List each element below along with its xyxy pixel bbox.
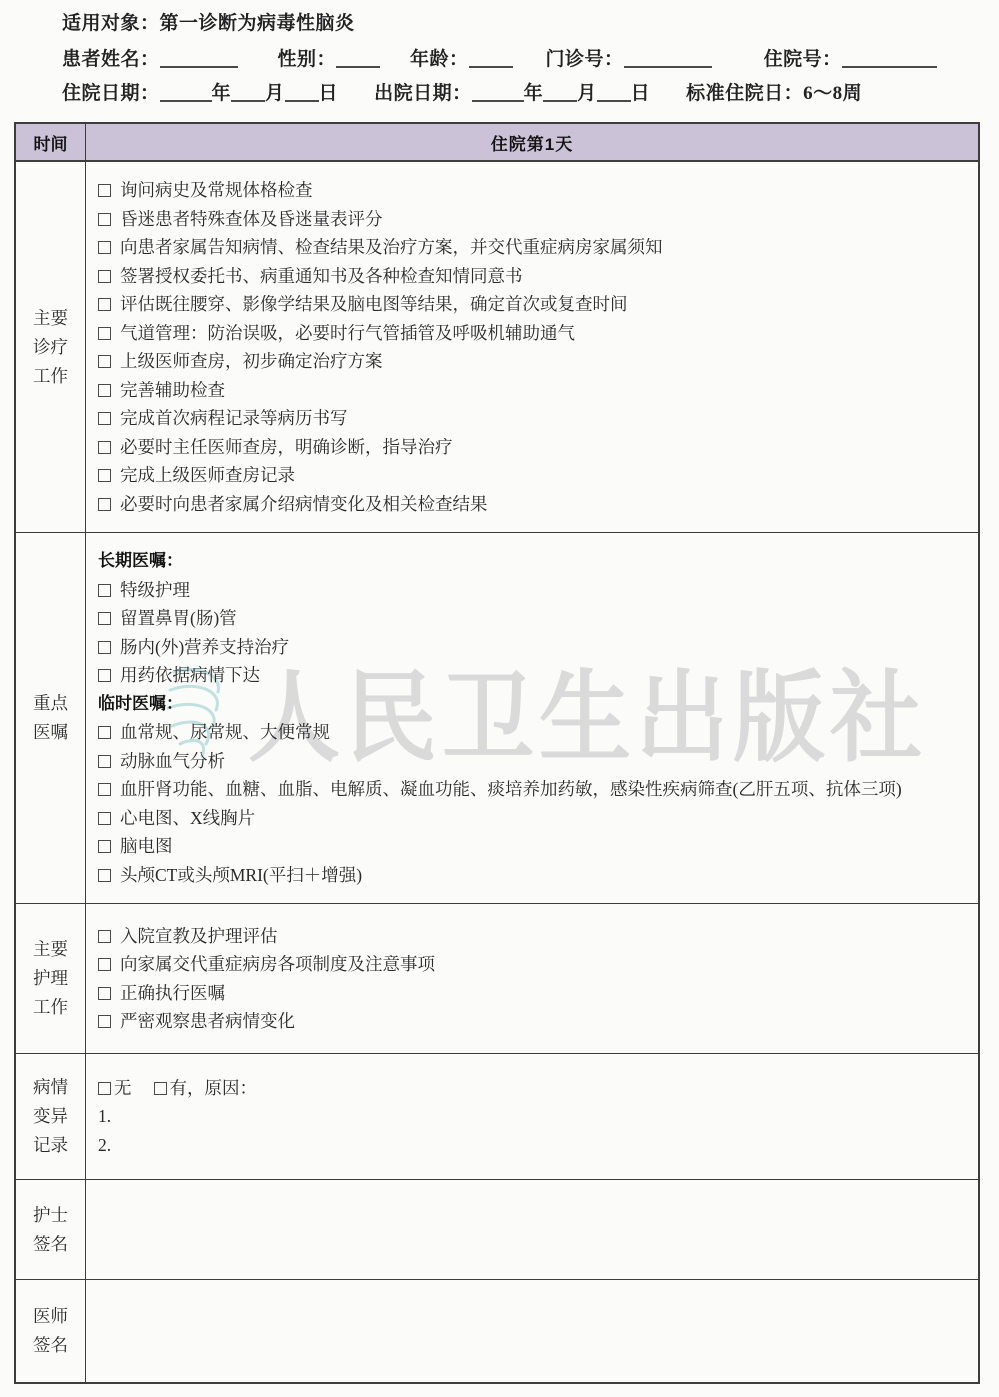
checklist-item: 询问病史及常规体格检查 [98, 176, 968, 205]
patient-info-line: 患者姓名：性别：年龄：门诊号：住院号： [62, 44, 937, 71]
checklist-item: 必要时主任医师查房，明确诊断，指导治疗 [98, 433, 968, 462]
checkbox-icon[interactable] [98, 869, 111, 882]
row-label-line: 记录 [33, 1131, 68, 1160]
standard-stay-label: 标准住院日： [686, 83, 803, 104]
clinical-pathway-table: 时间 住院第1天 主要诊疗工作询问病史及常规体格检查昏迷患者特殊查体及昏迷量表评… [14, 122, 980, 1384]
checklist-item-text: 询问病史及常规体格检查 [120, 180, 313, 200]
row-content-variation-record: 无有，原因：1.2. [86, 1054, 978, 1179]
table-row-doctor-signature: 医师签名 [16, 1280, 978, 1382]
age-blank[interactable] [469, 51, 513, 68]
year-unit: 年 [212, 83, 232, 104]
checklist-item: 脑电图 [98, 832, 968, 861]
year-unit: 年 [524, 83, 544, 104]
checkbox-icon[interactable] [98, 498, 111, 511]
checklist-item: 必要时向患者家属介绍病情变化及相关检查结果 [98, 490, 968, 519]
gender-label: 性别： [278, 49, 337, 70]
variation-options-line: 无有，原因： [98, 1074, 968, 1103]
checklist-item-text: 血肝肾功能、血糖、血脂、电解质、凝血功能、痰培养加药敏，感染性疾病筛查(乙肝五项… [120, 779, 902, 799]
row-label-line: 变异 [33, 1102, 68, 1131]
date-info-line: 住院日期：年月日出院日期：年月日标准住院日：6～8周 [62, 78, 862, 105]
checklist-item-text: 用药依据病情下达 [120, 665, 260, 685]
checklist-item-text: 向家属交代重症病房各项制度及注意事项 [120, 954, 435, 974]
row-content-key-orders: 长期医嘱：特级护理留置鼻胃(肠)管肠内(外)营养支持治疗用药依据病情下达临时医嘱… [86, 533, 978, 903]
row-label-doctor-signature: 医师签名 [16, 1280, 86, 1382]
checklist-item-text: 上级医师查房，初步确定治疗方案 [120, 351, 383, 371]
checklist-item-text: 必要时向患者家属介绍病情变化及相关检查结果 [120, 494, 488, 514]
checkbox-icon[interactable] [98, 783, 111, 796]
checklist-item-text: 留置鼻胃(肠)管 [120, 608, 237, 628]
row-label-line: 签名 [33, 1331, 68, 1360]
inpatient-number-blank[interactable] [842, 51, 937, 68]
row-content-nurse-signature [86, 1180, 978, 1279]
checkbox-icon[interactable] [98, 612, 111, 625]
document-header: 适用对象：第一诊断为病毒性脑炎 患者姓名：性别：年龄：门诊号：住院号： 住院日期… [0, 0, 999, 122]
row-label-key-orders: 重点医嘱 [16, 533, 86, 903]
applicable-target-label: 适用对象： [62, 13, 160, 34]
inpatient-number-field: 住院号： [764, 49, 937, 70]
checkbox-icon[interactable] [98, 840, 111, 853]
checkbox-icon[interactable] [98, 726, 111, 739]
patient-name-label: 患者姓名： [62, 49, 160, 70]
order-group-heading: 临时医嘱： [98, 690, 968, 719]
standard-stay-value: 6～8周 [803, 83, 862, 104]
checklist-item: 严密观察患者病情变化 [98, 1007, 968, 1036]
table-row-nurse-signature: 护士签名 [16, 1180, 978, 1280]
checkbox-icon[interactable] [98, 441, 111, 454]
gender-blank[interactable] [336, 51, 380, 68]
checklist-item: 评估既往腰穿、影像学结果及脑电图等结果，确定首次或复查时间 [98, 290, 968, 319]
checklist-item: 肠内(外)营养支持治疗 [98, 633, 968, 662]
checklist-item: 特级护理 [98, 576, 968, 605]
admission-day-blank[interactable] [285, 85, 319, 102]
row-label-line: 病情 [33, 1073, 68, 1102]
checkbox-icon[interactable] [98, 930, 111, 943]
checkbox-icon[interactable] [98, 1082, 111, 1095]
row-label-line: 工作 [33, 362, 68, 391]
checkbox-icon[interactable] [98, 469, 111, 482]
checklist-item: 向家属交代重症病房各项制度及注意事项 [98, 950, 968, 979]
checklist-item: 动脉血气分析 [98, 747, 968, 776]
checklist-item: 完善辅助检查 [98, 376, 968, 405]
day1-column-header: 住院第1天 [86, 124, 978, 160]
checklist-item: 完成上级医师查房记录 [98, 461, 968, 490]
checkbox-icon[interactable] [98, 958, 111, 971]
checklist-item: 昏迷患者特殊查体及昏迷量表评分 [98, 205, 968, 234]
row-content-main-treatment-work: 询问病史及常规体格检查昏迷患者特殊查体及昏迷量表评分向患者家属告知病情、检查结果… [86, 162, 978, 532]
row-label-line: 诊疗 [33, 333, 68, 362]
checklist-item-text: 完成上级医师查房记录 [120, 465, 295, 485]
checkbox-icon[interactable] [98, 327, 111, 340]
checkbox-icon[interactable] [98, 412, 111, 425]
numbered-blank-line: 2. [98, 1131, 968, 1160]
checklist-item: 血常规、尿常规、大便常规 [98, 718, 968, 747]
inpatient-number-label: 住院号： [764, 49, 842, 70]
order-group-heading: 长期医嘱： [98, 547, 968, 576]
variation-option-text: 有，原因： [170, 1078, 258, 1098]
diagnosis-value: 第一诊断为病毒性脑炎 [160, 13, 355, 34]
checklist-item-text: 气道管理：防治误吸，必要时行气管插管及呼吸机辅助通气 [120, 323, 575, 343]
checkbox-icon[interactable] [98, 755, 111, 768]
checklist-item: 入院宣教及护理评估 [98, 922, 968, 951]
admission-month-blank[interactable] [231, 85, 265, 102]
table-body: 主要诊疗工作询问病史及常规体格检查昏迷患者特殊查体及昏迷量表评分向患者家属告知病… [16, 162, 978, 1382]
checklist-item: 正确执行医嘱 [98, 979, 968, 1008]
clinical-pathway-page: 人民卫生出版社 适用对象：第一诊断为病毒性脑炎 患者姓名：性别：年龄：门诊号：住… [0, 0, 999, 1397]
variation-option: 无 [98, 1078, 132, 1098]
row-label-line: 护理 [33, 964, 68, 993]
checklist-item-text: 脑电图 [120, 836, 173, 856]
checklist-item-text: 特级护理 [120, 580, 190, 600]
age-field: 年龄： [410, 49, 513, 70]
checklist-item-text: 严密观察患者病情变化 [120, 1011, 295, 1031]
age-label: 年龄： [410, 49, 469, 70]
row-label-line: 主要 [33, 935, 68, 964]
row-label-line: 医嘱 [33, 718, 68, 747]
time-column-header: 时间 [16, 124, 86, 160]
checklist-item: 留置鼻胃(肠)管 [98, 604, 968, 633]
admission-date-label: 住院日期： [62, 83, 160, 104]
checklist-item: 签署授权委托书、病重通知书及各种检查知情同意书 [98, 262, 968, 291]
patient-name-blank[interactable] [160, 51, 238, 68]
checklist-item: 完成首次病程记录等病历书写 [98, 404, 968, 433]
discharge-day-blank[interactable] [597, 85, 631, 102]
row-label-variation-record: 病情变异记录 [16, 1054, 86, 1179]
outpatient-number-field: 门诊号： [546, 49, 712, 70]
checkbox-icon[interactable] [98, 669, 111, 682]
checklist-item-text: 签署授权委托书、病重通知书及各种检查知情同意书 [120, 266, 523, 286]
variation-option: 有，原因： [154, 1078, 258, 1098]
row-label-line: 签名 [33, 1230, 68, 1259]
checklist-item: 向患者家属告知病情、检查结果及治疗方案，并交代重症病房家属须知 [98, 233, 968, 262]
checklist-item-text: 评估既往腰穿、影像学结果及脑电图等结果，确定首次或复查时间 [120, 294, 628, 314]
checkbox-icon[interactable] [98, 641, 111, 654]
outpatient-number-label: 门诊号： [546, 49, 624, 70]
checkbox-icon[interactable] [98, 298, 111, 311]
row-content-main-nursing-work: 入院宣教及护理评估向家属交代重症病房各项制度及注意事项正确执行医嘱严密观察患者病… [86, 904, 978, 1053]
row-label-line: 医师 [33, 1302, 68, 1331]
day-unit: 日 [319, 83, 339, 104]
checklist-item-text: 头颅CT或头颅MRI(平扫＋增强) [120, 865, 362, 885]
row-label-line: 工作 [33, 993, 68, 1022]
checkbox-icon[interactable] [98, 1015, 111, 1028]
discharge-date-label: 出院日期： [374, 83, 472, 104]
checklist-item: 用药依据病情下达 [98, 661, 968, 690]
checklist-item: 血肝肾功能、血糖、血脂、电解质、凝血功能、痰培养加药敏，感染性疾病筛查(乙肝五项… [98, 775, 968, 804]
month-unit: 月 [265, 83, 285, 104]
checklist-item-text: 血常规、尿常规、大便常规 [120, 722, 330, 742]
variation-option-text: 无 [114, 1078, 132, 1098]
checkbox-icon[interactable] [98, 987, 111, 1000]
row-label-line: 主要 [33, 304, 68, 333]
checkbox-icon[interactable] [98, 213, 111, 226]
row-label-line: 护士 [33, 1201, 68, 1230]
checkbox-icon[interactable] [98, 184, 111, 197]
table-row-main-treatment-work: 主要诊疗工作询问病史及常规体格检查昏迷患者特殊查体及昏迷量表评分向患者家属告知病… [16, 162, 978, 533]
checklist-item-text: 入院宣教及护理评估 [120, 926, 278, 946]
discharge-year-blank[interactable] [472, 85, 524, 102]
gender-field: 性别： [278, 49, 381, 70]
discharge-month-blank[interactable] [543, 85, 577, 102]
checklist-item-text: 心电图、X线胸片 [120, 808, 255, 828]
checklist-item-text: 完善辅助检查 [120, 380, 225, 400]
row-label-nurse-signature: 护士签名 [16, 1180, 86, 1279]
table-header-row: 时间 住院第1天 [16, 124, 978, 162]
checklist-item: 上级医师查房，初步确定治疗方案 [98, 347, 968, 376]
checklist-item-text: 昏迷患者特殊查体及昏迷量表评分 [120, 209, 383, 229]
checklist-item: 头颅CT或头颅MRI(平扫＋增强) [98, 861, 968, 890]
checklist-item-text: 肠内(外)营养支持治疗 [120, 637, 289, 657]
row-content-doctor-signature [86, 1280, 978, 1382]
outpatient-number-blank[interactable] [624, 51, 712, 68]
patient-name-field: 患者姓名： [62, 49, 238, 70]
table-row-variation-record: 病情变异记录无有，原因：1.2. [16, 1054, 978, 1180]
checklist-item: 气道管理：防治误吸，必要时行气管插管及呼吸机辅助通气 [98, 319, 968, 348]
day-unit: 日 [631, 83, 651, 104]
checklist-item: 心电图、X线胸片 [98, 804, 968, 833]
row-label-main-treatment-work: 主要诊疗工作 [16, 162, 86, 532]
checkbox-icon[interactable] [98, 241, 111, 254]
checkbox-icon[interactable] [98, 384, 111, 397]
month-unit: 月 [577, 83, 597, 104]
admission-year-blank[interactable] [160, 85, 212, 102]
checkbox-icon[interactable] [98, 355, 111, 368]
checklist-item-text: 完成首次病程记录等病历书写 [120, 408, 348, 428]
checklist-item-text: 必要时主任医师查房，明确诊断，指导治疗 [120, 437, 453, 457]
checklist-item-text: 正确执行医嘱 [120, 983, 225, 1003]
numbered-blank-line: 1. [98, 1102, 968, 1131]
row-label-line: 重点 [33, 689, 68, 718]
checklist-item-text: 动脉血气分析 [120, 751, 225, 771]
applicable-target-line: 适用对象：第一诊断为病毒性脑炎 [62, 8, 355, 35]
checkbox-icon[interactable] [98, 270, 111, 283]
checkbox-icon[interactable] [98, 584, 111, 597]
row-label-main-nursing-work: 主要护理工作 [16, 904, 86, 1053]
checkbox-icon[interactable] [154, 1082, 167, 1095]
table-row-key-orders: 重点医嘱长期医嘱：特级护理留置鼻胃(肠)管肠内(外)营养支持治疗用药依据病情下达… [16, 533, 978, 904]
table-row-main-nursing-work: 主要护理工作入院宣教及护理评估向家属交代重症病房各项制度及注意事项正确执行医嘱严… [16, 904, 978, 1054]
checklist-item-text: 向患者家属告知病情、检查结果及治疗方案，并交代重症病房家属须知 [120, 237, 663, 257]
checkbox-icon[interactable] [98, 812, 111, 825]
